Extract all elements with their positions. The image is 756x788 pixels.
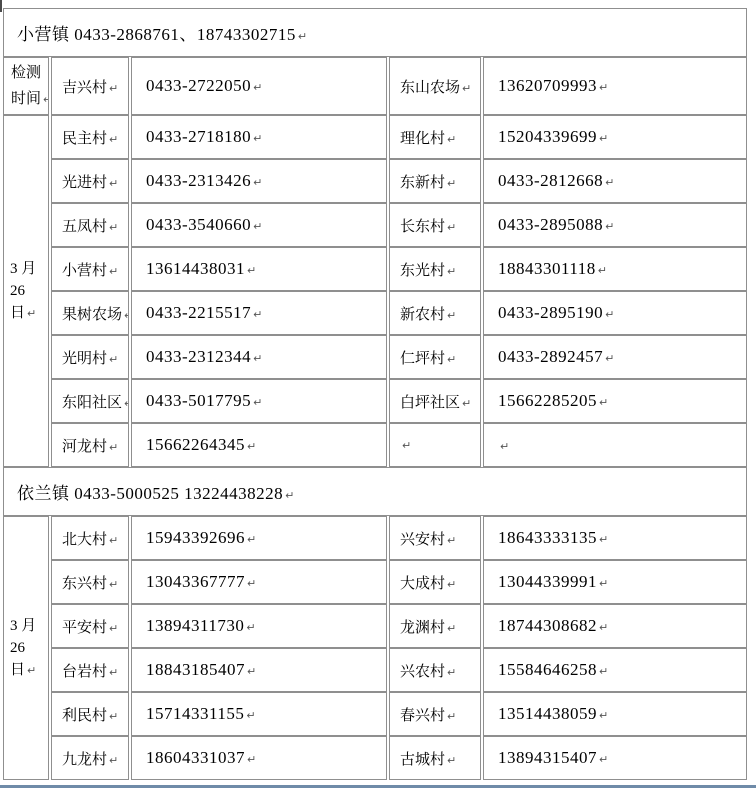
town-header-yilan: 依兰镇 0433-5000525 13224438228↵	[3, 467, 747, 516]
table-row: 九龙村↵ 18604331037↵ 古城村↵ 13894315407↵	[3, 736, 747, 780]
paragraph-mark-icon: ↵	[27, 664, 36, 677]
phone-cell: 0433-2722050↵	[131, 57, 387, 115]
phone-cell: 18744308682↵	[483, 604, 747, 648]
village-name: 东光村	[400, 263, 445, 279]
phone-number: 0433-5017795	[146, 391, 251, 410]
village-name: 东新村	[400, 175, 445, 191]
table-row: 东兴村↵ 13043367777↵ 大成村↵ 13044339991↵	[3, 560, 747, 604]
paragraph-mark-icon: ↵	[43, 93, 49, 106]
village-name: 古城村	[400, 752, 445, 768]
phone-number: 13620709993	[498, 76, 597, 95]
village-cell: 利民村↵	[51, 692, 129, 736]
village-cell: 东光村↵	[389, 247, 481, 291]
village-name: 光明村	[62, 351, 107, 367]
paragraph-mark-icon: ↵	[599, 665, 609, 678]
village-name: 春兴村	[400, 708, 445, 724]
paragraph-mark-icon: ↵	[124, 309, 129, 322]
paragraph-mark-icon: ↵	[447, 666, 456, 679]
village-cell: 古城村↵	[389, 736, 481, 780]
phone-cell: 0433-3540660↵	[131, 203, 387, 247]
town-header-text: 小营镇 0433-2868761、18743302715	[17, 25, 296, 44]
paragraph-mark-icon: ↵	[447, 309, 456, 322]
paragraph-mark-icon: ↵	[599, 396, 609, 409]
paragraph-mark-icon: ↵	[109, 265, 118, 278]
phone-number: 13614438031	[146, 259, 245, 278]
village-name: 吉兴村	[62, 80, 107, 96]
phone-cell: 15943392696↵	[131, 516, 387, 560]
paragraph-mark-icon: ↵	[500, 440, 510, 453]
village-name: 新农村	[400, 307, 445, 323]
village-cell: 九龙村↵	[51, 736, 129, 780]
date-day-number: 26	[10, 640, 25, 656]
document-page: 小营镇 0433-2868761、18743302715↵ 检测时间↵ 吉兴村↵…	[0, 0, 756, 788]
phone-number: 15943392696	[146, 528, 245, 547]
phone-number: 15714331155	[146, 704, 244, 723]
paragraph-mark-icon: ↵	[109, 754, 118, 767]
phone-cell: 15662264345↵	[131, 423, 387, 467]
paragraph-mark-icon: ↵	[298, 30, 308, 43]
village-name: 兴农村	[400, 664, 445, 680]
village-name: 九龙村	[62, 752, 107, 768]
phone-cell: 13894311730↵	[131, 604, 387, 648]
phone-number: 18643333135	[498, 528, 597, 547]
table-row: 台岩村↵ 18843185407↵ 兴农村↵ 15584646258↵	[3, 648, 747, 692]
village-name: 平安村	[62, 620, 107, 636]
paragraph-mark-icon: ↵	[599, 132, 609, 145]
paragraph-mark-icon: ↵	[599, 753, 609, 766]
town-header-text: 依兰镇 0433-5000525 13224438228	[17, 484, 283, 503]
village-cell: 河龙村↵	[51, 423, 129, 467]
village-name: 仁坪村	[400, 351, 445, 367]
phone-cell: 18843185407↵	[131, 648, 387, 692]
phone-cell: 18643333135↵	[483, 516, 747, 560]
village-cell: 龙渊村↵	[389, 604, 481, 648]
paragraph-mark-icon: ↵	[247, 264, 257, 277]
paragraph-mark-icon: ↵	[246, 621, 256, 634]
paragraph-mark-icon: ↵	[109, 534, 118, 547]
paragraph-mark-icon: ↵	[605, 176, 615, 189]
date-day-char: 日	[10, 305, 25, 321]
phone-number: 13894311730	[146, 616, 244, 635]
phone-number: 18744308682	[498, 616, 597, 635]
village-cell: 新农村↵	[389, 291, 481, 335]
paragraph-mark-icon: ↵	[109, 353, 118, 366]
village-name: 东山农场	[400, 80, 460, 96]
paragraph-mark-icon: ↵	[253, 132, 263, 145]
village-name: 果树农场	[62, 307, 122, 323]
town-header-xiaoying: 小营镇 0433-2868761、18743302715↵	[3, 8, 747, 57]
village-name: 东兴村	[62, 576, 107, 592]
paragraph-mark-icon: ↵	[447, 353, 456, 366]
paragraph-mark-icon: ↵	[447, 754, 456, 767]
village-name: 民主村	[62, 131, 107, 147]
village-name: 大成村	[400, 576, 445, 592]
village-cell: 光明村↵	[51, 335, 129, 379]
paragraph-mark-icon: ↵	[447, 710, 456, 723]
paragraph-mark-icon: ↵	[447, 265, 456, 278]
phone-cell: 0433-2895088↵	[483, 203, 747, 247]
paragraph-mark-icon: ↵	[109, 666, 118, 679]
table-row: 检测时间↵ 吉兴村↵ 0433-2722050↵ 东山农场↵ 136207099…	[3, 57, 747, 115]
paragraph-mark-icon: ↵	[253, 396, 263, 409]
paragraph-mark-icon: ↵	[109, 133, 118, 146]
table-row: 3 月26日↵ 民主村↵ 0433-2718180↵ 理化村↵ 15204339…	[3, 115, 747, 159]
paragraph-mark-icon: ↵	[247, 753, 257, 766]
date-cell: 3 月26日↵	[3, 516, 49, 780]
paragraph-mark-icon: ↵	[246, 709, 256, 722]
paragraph-mark-icon: ↵	[247, 440, 257, 453]
village-name: 长东村	[400, 219, 445, 235]
village-cell: 东新村↵	[389, 159, 481, 203]
paragraph-mark-icon: ↵	[402, 439, 411, 452]
table-row: 利民村↵ 15714331155↵ 春兴村↵ 13514438059↵	[3, 692, 747, 736]
time-label-line2: 时间	[11, 91, 41, 107]
phone-number: 18843301118	[498, 259, 596, 278]
paragraph-mark-icon: ↵	[599, 709, 609, 722]
paragraph-mark-icon: ↵	[247, 665, 257, 678]
paragraph-mark-icon: ↵	[599, 621, 609, 634]
village-cell: 兴安村↵	[389, 516, 481, 560]
phone-cell: 15204339699↵	[483, 115, 747, 159]
village-name: 光进村	[62, 175, 107, 191]
paragraph-mark-icon: ↵	[109, 82, 118, 95]
date-month: 3 月	[10, 261, 36, 277]
village-cell: 光进村↵	[51, 159, 129, 203]
phone-cell: 15662285205↵	[483, 379, 747, 423]
village-name: 台岩村	[62, 664, 107, 680]
time-label-line1: 检测	[11, 65, 41, 81]
paragraph-mark-icon: ↵	[109, 578, 118, 591]
paragraph-mark-icon: ↵	[124, 397, 129, 410]
contact-phone-table: 小营镇 0433-2868761、18743302715↵ 检测时间↵ 吉兴村↵…	[1, 8, 749, 780]
phone-number: 15204339699	[498, 127, 597, 146]
village-name: 理化村	[400, 131, 445, 147]
phone-cell: 18604331037↵	[131, 736, 387, 780]
village-cell: 吉兴村↵	[51, 57, 129, 115]
phone-cell: 18843301118↵	[483, 247, 747, 291]
phone-number: 15662264345	[146, 435, 245, 454]
phone-number: 0433-2718180	[146, 127, 251, 146]
phone-cell: 0433-2313426↵	[131, 159, 387, 203]
phone-number: 18843185407	[146, 660, 245, 679]
phone-number: 0433-2313426	[146, 171, 251, 190]
paragraph-mark-icon: ↵	[253, 81, 263, 94]
paragraph-mark-icon: ↵	[447, 578, 456, 591]
paragraph-mark-icon: ↵	[109, 221, 118, 234]
table-row: 东阳社区↵ 0433-5017795↵ 白坪社区↵ 15662285205↵	[3, 379, 747, 423]
table-row: 平安村↵ 13894311730↵ 龙渊村↵ 18744308682↵	[3, 604, 747, 648]
table-row: 小营镇 0433-2868761、18743302715↵	[3, 8, 747, 57]
village-name: 北大村	[62, 532, 107, 548]
village-name: 东阳社区	[62, 395, 122, 411]
table-row: 五凤村↵ 0433-3540660↵ 长东村↵ 0433-2895088↵	[3, 203, 747, 247]
paragraph-mark-icon: ↵	[462, 397, 471, 410]
village-name: 白坪社区	[400, 395, 460, 411]
phone-number: 15584646258	[498, 660, 597, 679]
village-name: 五凤村	[62, 219, 107, 235]
village-cell: 白坪社区↵	[389, 379, 481, 423]
phone-number: 18604331037	[146, 748, 245, 767]
phone-number: 13044339991	[498, 572, 597, 591]
village-cell: 五凤村↵	[51, 203, 129, 247]
phone-number: 13894315407	[498, 748, 597, 767]
paragraph-mark-icon: ↵	[109, 710, 118, 723]
phone-number: 13043367777	[146, 572, 245, 591]
phone-cell: 15584646258↵	[483, 648, 747, 692]
paragraph-mark-icon: ↵	[27, 307, 36, 320]
village-cell: 大成村↵	[389, 560, 481, 604]
paragraph-mark-icon: ↵	[447, 177, 456, 190]
phone-number: 0433-2215517	[146, 303, 251, 322]
phone-cell: 0433-2312344↵	[131, 335, 387, 379]
paragraph-mark-icon: ↵	[605, 220, 615, 233]
phone-cell: 0433-2215517↵	[131, 291, 387, 335]
paragraph-mark-icon: ↵	[109, 177, 118, 190]
table-row: 依兰镇 0433-5000525 13224438228↵	[3, 467, 747, 516]
phone-number: 0433-2895088	[498, 215, 603, 234]
phone-number: 0433-2722050	[146, 76, 251, 95]
village-cell: 北大村↵	[51, 516, 129, 560]
phone-cell: 0433-2895190↵	[483, 291, 747, 335]
paragraph-mark-icon: ↵	[605, 352, 615, 365]
paragraph-mark-icon: ↵	[247, 533, 257, 546]
phone-number: 0433-2892457	[498, 347, 603, 366]
paragraph-mark-icon: ↵	[598, 264, 608, 277]
paragraph-mark-icon: ↵	[109, 441, 118, 454]
village-cell: 果树农场↵	[51, 291, 129, 335]
village-cell: 东山农场↵	[389, 57, 481, 115]
village-name: 龙渊村	[400, 620, 445, 636]
phone-number: 13514438059	[498, 704, 597, 723]
phone-cell: 0433-2892457↵	[483, 335, 747, 379]
paragraph-mark-icon: ↵	[599, 533, 609, 546]
table-row: 3 月26日↵ 北大村↵ 15943392696↵ 兴安村↵ 186433331…	[3, 516, 747, 560]
phone-number: 15662285205	[498, 391, 597, 410]
village-cell: 春兴村↵	[389, 692, 481, 736]
phone-cell: 13044339991↵	[483, 560, 747, 604]
table-row: 小营村↵ 13614438031↵ 东光村↵ 18843301118↵	[3, 247, 747, 291]
date-cell: 3 月26日↵	[3, 115, 49, 467]
village-cell: 台岩村↵	[51, 648, 129, 692]
paragraph-mark-icon: ↵	[109, 622, 118, 635]
phone-cell: 13043367777↵	[131, 560, 387, 604]
phone-cell: 0433-5017795↵	[131, 379, 387, 423]
date-month: 3 月	[10, 618, 36, 634]
phone-number: 0433-2812668	[498, 171, 603, 190]
phone-cell: 13514438059↵	[483, 692, 747, 736]
table-row: 河龙村↵ 15662264345↵ ↵ ↵	[3, 423, 747, 467]
village-cell: 民主村↵	[51, 115, 129, 159]
phone-number: 0433-2312344	[146, 347, 251, 366]
paragraph-mark-icon: ↵	[253, 176, 263, 189]
phone-cell: 13894315407↵	[483, 736, 747, 780]
phone-number: 0433-3540660	[146, 215, 251, 234]
village-name: 兴安村	[400, 532, 445, 548]
village-cell-empty: ↵	[389, 423, 481, 467]
table-row: 光明村↵ 0433-2312344↵ 仁坪村↵ 0433-2892457↵	[3, 335, 747, 379]
phone-cell: 0433-2718180↵	[131, 115, 387, 159]
village-cell: 理化村↵	[389, 115, 481, 159]
village-cell: 兴农村↵	[389, 648, 481, 692]
phone-cell: 15714331155↵	[131, 692, 387, 736]
table-row: 光进村↵ 0433-2313426↵ 东新村↵ 0433-2812668↵	[3, 159, 747, 203]
paragraph-mark-icon: ↵	[605, 308, 615, 321]
phone-cell: 13614438031↵	[131, 247, 387, 291]
table-row: 果树农场↵ 0433-2215517↵ 新农村↵ 0433-2895190↵	[3, 291, 747, 335]
paragraph-mark-icon: ↵	[247, 577, 257, 590]
paragraph-mark-icon: ↵	[285, 489, 295, 502]
paragraph-mark-icon: ↵	[253, 352, 263, 365]
village-cell: 东兴村↵	[51, 560, 129, 604]
phone-number: 0433-2895190	[498, 303, 603, 322]
phone-cell: 0433-2812668↵	[483, 159, 747, 203]
paragraph-mark-icon: ↵	[599, 577, 609, 590]
village-name: 河龙村	[62, 439, 107, 455]
paragraph-mark-icon: ↵	[253, 220, 263, 233]
phone-cell-empty: ↵	[483, 423, 747, 467]
paragraph-mark-icon: ↵	[599, 81, 609, 94]
village-cell: 东阳社区↵	[51, 379, 129, 423]
date-day-char: 日	[10, 662, 25, 678]
paragraph-mark-icon: ↵	[447, 622, 456, 635]
village-name: 小营村	[62, 263, 107, 279]
paragraph-mark-icon: ↵	[447, 221, 456, 234]
village-cell: 仁坪村↵	[389, 335, 481, 379]
paragraph-mark-icon: ↵	[253, 308, 263, 321]
paragraph-mark-icon: ↵	[462, 82, 471, 95]
village-cell: 平安村↵	[51, 604, 129, 648]
date-day-number: 26	[10, 283, 25, 299]
village-cell: 小营村↵	[51, 247, 129, 291]
village-name: 利民村	[62, 708, 107, 724]
phone-cell: 13620709993↵	[483, 57, 747, 115]
village-cell: 长东村↵	[389, 203, 481, 247]
paragraph-mark-icon: ↵	[447, 534, 456, 547]
time-header-cell: 检测时间↵	[3, 57, 49, 115]
paragraph-mark-icon: ↵	[447, 133, 456, 146]
